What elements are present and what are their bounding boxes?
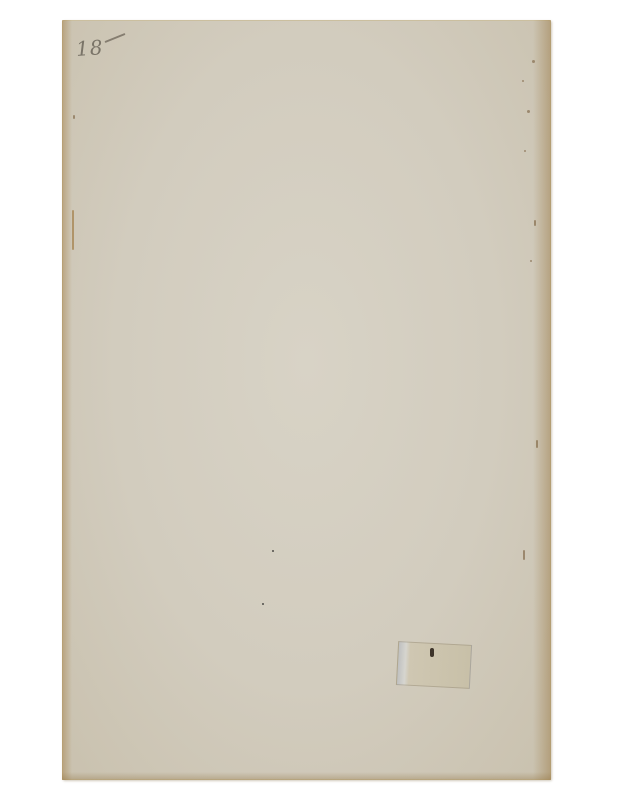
foxing-spot bbox=[73, 115, 75, 119]
handwritten-page-number: 18 bbox=[75, 35, 104, 61]
foxing-spot bbox=[272, 550, 274, 552]
tape-mark bbox=[430, 648, 434, 657]
foxing-spot bbox=[262, 603, 264, 605]
pencil-stroke bbox=[104, 33, 125, 43]
foxing-spot bbox=[72, 210, 74, 250]
foxing-spot bbox=[536, 440, 538, 448]
foxing-spot bbox=[534, 220, 536, 226]
foxing-spot bbox=[527, 110, 530, 113]
foxing-spot bbox=[530, 260, 532, 262]
foxing-spot bbox=[524, 150, 526, 152]
tape-remnant bbox=[396, 641, 472, 689]
foxing-spot bbox=[523, 550, 525, 560]
foxing-spot bbox=[522, 80, 524, 82]
bottom-edge-stain bbox=[62, 772, 551, 780]
foxing-spot bbox=[532, 60, 535, 63]
paper-page: 18 bbox=[62, 20, 551, 780]
